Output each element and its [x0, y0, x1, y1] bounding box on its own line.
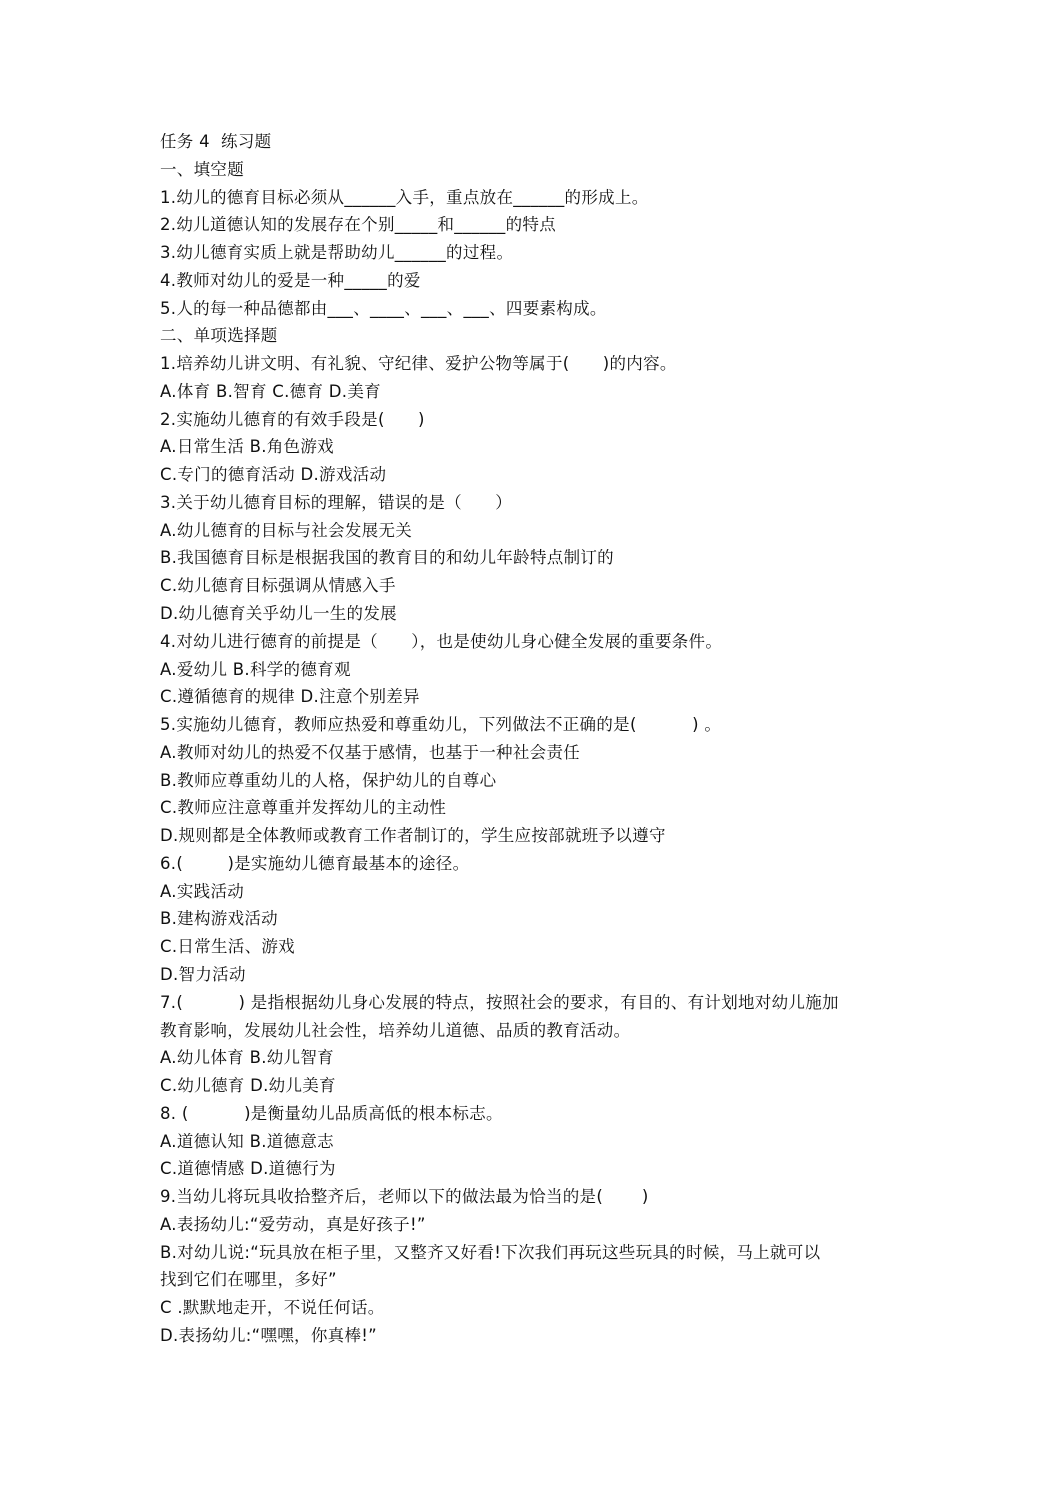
document-page: 任务 4 练习题 一、填空题 1.幼儿的德育目标必须从______入手，重点放在… — [160, 128, 905, 1350]
document-title: 任务 4 练习题 — [160, 128, 905, 156]
section-heading-single-choice: 二、单项选择题 — [160, 322, 905, 350]
choice-question-3-stem: 3.关于幼儿德育目标的理解，错误的是（ ） — [160, 489, 905, 517]
choice-question-9-option-b-line-1: B.对幼儿说:“玩具放在柜子里，又整齐又好看!下次我们再玩这些玩具的时候，马上就… — [160, 1239, 905, 1267]
choice-question-6-option-c: C.日常生活、游戏 — [160, 933, 905, 961]
choice-question-9-stem: 9.当幼儿将玩具收拾整齐后，老师以下的做法最为恰当的是( ) — [160, 1183, 905, 1211]
choice-question-4-stem: 4.对幼儿进行德育的前提是（ ），也是使幼儿身心健全发展的重要条件。 — [160, 628, 905, 656]
choice-question-9-option-b-line-2: 找到它们在哪里，多好” — [160, 1266, 905, 1294]
choice-question-5-option-a: A.教师对幼儿的热爱不仅基于感情，也基于一种社会责任 — [160, 739, 905, 767]
choice-question-1-options: A.体育 B.智育 C.德育 D.美育 — [160, 378, 905, 406]
choice-question-8-options: C.道德情感 D.道德行为 — [160, 1155, 905, 1183]
choice-question-5-option-c: C.教师应注意尊重并发挥幼儿的主动性 — [160, 794, 905, 822]
fill-question-4: 4.教师对幼儿的爱是一种_____的爱 — [160, 267, 905, 295]
fill-question-1: 1.幼儿的德育目标必须从______入手，重点放在______的形成上。 — [160, 184, 905, 212]
choice-question-7-stem-line-2: 教育影响，发展幼儿社会性，培养幼儿道德、品质的教育活动。 — [160, 1017, 905, 1045]
choice-question-3-option-a: A.幼儿德育的目标与社会发展无关 — [160, 517, 905, 545]
choice-question-1-stem: 1.培养幼儿讲文明、有礼貌、守纪律、爱护公物等属于( )的内容。 — [160, 350, 905, 378]
choice-question-6-option-b: B.建构游戏活动 — [160, 905, 905, 933]
choice-question-6-stem: 6.( )是实施幼儿德育最基本的途径。 — [160, 850, 905, 878]
choice-question-2-stem: 2.实施幼儿德育的有效手段是( ) — [160, 406, 905, 434]
fill-question-5: 5.人的每一种品德都由___、____、___、___、四要素构成。 — [160, 295, 905, 323]
choice-question-3-option-c: C.幼儿德育目标强调从情感入手 — [160, 572, 905, 600]
section-heading-fill-blank: 一、填空题 — [160, 156, 905, 184]
choice-question-7-options: C.幼儿德育 D.幼儿美育 — [160, 1072, 905, 1100]
choice-question-6-option-a: A.实践活动 — [160, 878, 905, 906]
choice-question-2-options: A.日常生活 B.角色游戏 — [160, 433, 905, 461]
choice-question-5-option-d: D.规则都是全体教师或教育工作者制订的，学生应按部就班予以遵守 — [160, 822, 905, 850]
choice-question-7-stem-line-1: 7.( ) 是指根据幼儿身心发展的特点，按照社会的要求，有目的、有计划地对幼儿施… — [160, 989, 905, 1017]
choice-question-5-stem: 5.实施幼儿德育，教师应热爱和尊重幼儿，下列做法不正确的是( ) 。 — [160, 711, 905, 739]
choice-question-5-option-b: B.教师应尊重幼儿的人格，保护幼儿的自尊心 — [160, 767, 905, 795]
choice-question-3-option-b: B.我国德育目标是根据我国的教育目的和幼儿年龄特点制订的 — [160, 544, 905, 572]
choice-question-8-stem: 8. ( )是衡量幼儿品质高低的根本标志。 — [160, 1100, 905, 1128]
choice-question-3-option-d: D.幼儿德育关乎幼儿一生的发展 — [160, 600, 905, 628]
choice-question-8-options: A.道德认知 B.道德意志 — [160, 1128, 905, 1156]
fill-question-3: 3.幼儿德育实质上就是帮助幼儿______的过程。 — [160, 239, 905, 267]
fill-question-2: 2.幼儿道德认知的发展存在个别_____和______的特点 — [160, 211, 905, 239]
choice-question-6-option-d: D.智力活动 — [160, 961, 905, 989]
choice-question-7-options: A.幼儿体育 B.幼儿智育 — [160, 1044, 905, 1072]
choice-question-9-option-c: C .默默地走开，不说任何话。 — [160, 1294, 905, 1322]
choice-question-4-options: A.爱幼儿 B.科学的德育观 — [160, 656, 905, 684]
choice-question-9-option-d: D.表扬幼儿:“嘿嘿，你真棒!” — [160, 1322, 905, 1350]
choice-question-2-options: C.专门的德育活动 D.游戏活动 — [160, 461, 905, 489]
choice-question-4-options: C.遵循德育的规律 D.注意个别差异 — [160, 683, 905, 711]
choice-question-9-option-a: A.表扬幼儿:“爱劳动，真是好孩子!” — [160, 1211, 905, 1239]
